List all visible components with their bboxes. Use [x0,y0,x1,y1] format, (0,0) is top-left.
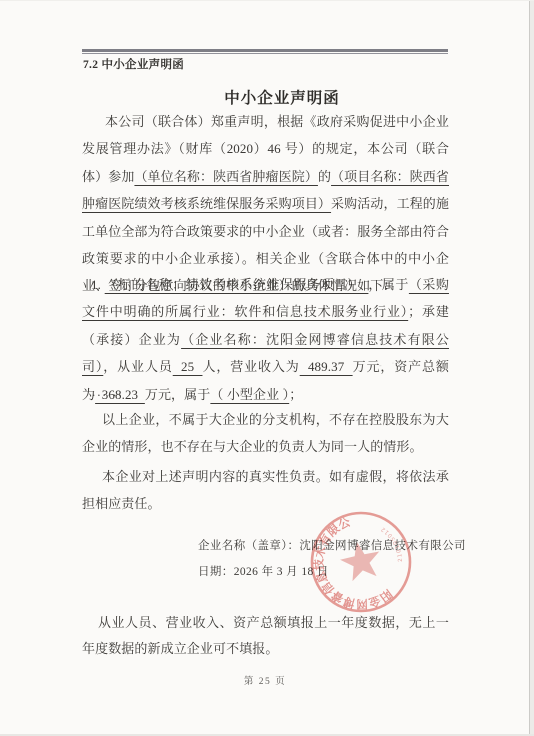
body-text: 以上企业，不属于大企业的分支机构，不存在控股股东为大企业的情形，也不存在与大企业… [82,412,449,454]
seal-serial-text-holder: 210105012 [378,522,409,564]
company-seal-stamp: 沈阳金网博睿信息技术有限公司 210105012 [301,502,421,622]
body-text: ...... [92,384,124,399]
underlined-field-text: 489.37 [300,359,353,374]
body-text: ，从业人员 [103,359,172,374]
seal-star-icon [337,537,384,582]
document-title: 中小企业声明函 [82,86,482,108]
underlined-field-text: （标的名称：绩效考核系统维保服务项目） [105,277,369,292]
underlined-field-text: 25 [173,359,203,374]
body-text: 从业人员、营业收入、资产总额填报上一年度数据，无上一年度数据的新成立企业可不填报… [82,615,449,656]
scan-right-gutter [530,0,534,736]
header-double-rule [82,49,448,54]
section-heading: 7.2 中小企业声明函 [83,56,184,72]
body-text: 的 [318,169,331,184]
body-text: ，属于 [368,277,408,292]
scan-top-edge [0,0,534,1]
rule-thick-line [82,49,448,52]
page-number: 第 25 页 [82,673,448,687]
rule-thin-line [82,53,448,54]
document-page: 7.2 中小企业声明函 中小企业声明函 本公司（联合体）郑重声明，根据《政府采购… [0,0,534,736]
scan-artifact-marks: - ˙ [379,361,398,370]
paragraph-statement-1: 以上企业，不属于大企业的分支机构，不存在控股股东为大企业的情形，也不存在与大企业… [82,406,449,461]
body-text: 1. [91,277,105,292]
underlined-field-text: （单位名称：陕西省肿瘤医院） [134,169,318,184]
scan-artifact-marks: （ – ˙ [234,384,292,399]
body-text: 人，营业收入为 [202,359,299,374]
seal-serial-text: 210105012 [378,522,409,564]
paragraph-note: 从业人员、营业收入、资产总额填报上一年度数据，无上一年度数据的新成立企业可不填报… [82,610,449,662]
